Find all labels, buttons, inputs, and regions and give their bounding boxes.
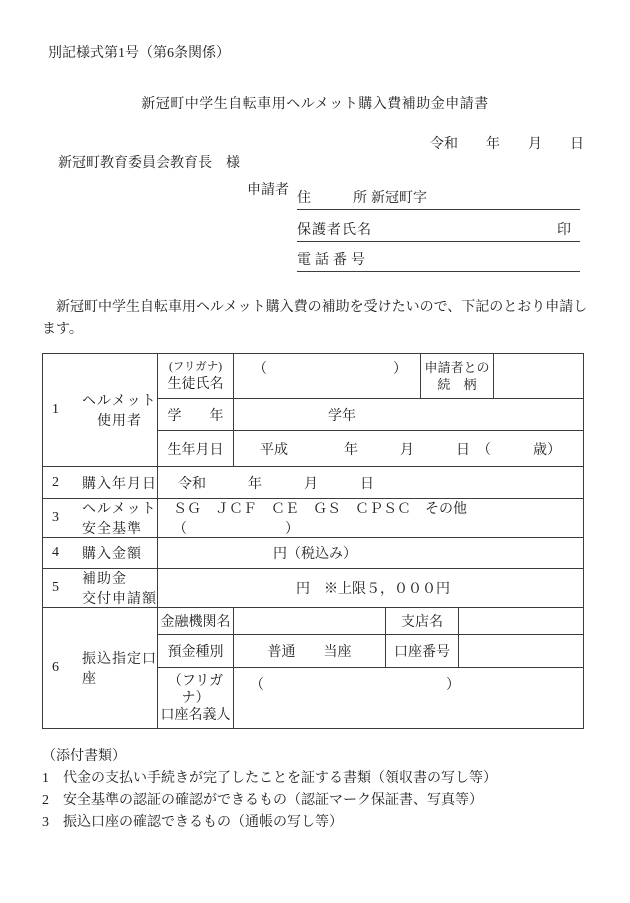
- attachment-item: 2 安全基準の認証の確認ができるもの（認証マーク保証書、写真等）: [42, 790, 497, 812]
- account-holder-furigana-label: （フリガナ）: [158, 673, 233, 707]
- deposit-type-options: 普通 当座: [268, 641, 352, 661]
- row5-number: 5: [52, 580, 82, 596]
- row1-number: 1: [52, 402, 82, 418]
- birthdate-value-cell: 平成 年 月 日 （ 歳）: [234, 431, 584, 467]
- student-name-field: （ ）: [234, 354, 421, 399]
- safety-standards-value: ＳＧ ＪＣＦ ＣＥ ＧＳ ＣＰＳＣ その他（ ）: [173, 499, 583, 538]
- account-number-label-cell: 口座番号: [386, 635, 459, 668]
- address-field: 住 所新冠町字: [297, 185, 580, 210]
- relation-label: 申請者との 続 柄: [424, 359, 489, 393]
- subsidy-amount-value-cell: 円 ※上限５，０００円: [158, 569, 584, 608]
- attachment-item: 1 代金の支払い手続きが完了したことを証する書類（領収書の写し等）: [42, 768, 497, 790]
- account-number-label: 口座番号: [394, 641, 450, 661]
- intro-paragraph: 新冠町中学生自転車用ヘルメット購入費の補助を受けたいので、下記のとおり申請します…: [42, 297, 590, 341]
- application-form-page: 別記様式第1号（第6条関係） 新冠町中学生自転車用ヘルメット購入費補助金申請書 …: [0, 0, 630, 903]
- account-holder-label-cell: （フリガナ） 口座名義人: [158, 668, 234, 729]
- relation-value-cell: [494, 354, 584, 399]
- grade-value-cell: 学年: [234, 399, 584, 431]
- guardian-label: 保護者氏名: [297, 219, 372, 239]
- row3-number: 3: [52, 510, 82, 526]
- student-name-label-cell: (フリガナ) 生徒氏名: [158, 354, 234, 399]
- applicant-label: 申請者: [247, 179, 289, 199]
- application-table: 1ヘルメット 使用者 (フリガナ) 生徒氏名 （ ） 申請者との 続 柄 学 年…: [42, 353, 584, 729]
- purchase-amount-value-cell: 円（税込み）: [158, 538, 584, 569]
- guardian-name-field: 保護者氏名 印: [297, 217, 580, 242]
- bank-name-label: 金融機関名: [161, 611, 231, 631]
- grade-label-cell: 学 年: [158, 399, 234, 431]
- row3-label: ヘルメット 安全基準: [82, 499, 157, 538]
- relation-label-cell: 申請者との 続 柄: [421, 354, 494, 399]
- purchase-date-value: 令和 年 月 日: [178, 473, 374, 493]
- row6-number: 6: [52, 660, 82, 676]
- account-holder-parentheses: （ ）: [250, 674, 460, 694]
- attachment-item: 3 振込口座の確認できるもの（通帳の写し等）: [42, 812, 497, 834]
- purchase-date-value-cell: 令和 年 月 日: [158, 467, 584, 499]
- row1-label-cell: 1ヘルメット 使用者: [43, 354, 158, 467]
- row6-label: 振込指定口座: [82, 648, 157, 688]
- row1-label: ヘルメット 使用者: [82, 390, 157, 430]
- furigana-parentheses: （ ）: [253, 358, 407, 378]
- address-label: 住 所: [297, 187, 367, 207]
- branch-name-value-cell: [459, 608, 584, 635]
- branch-name-label: 支店名: [401, 611, 443, 631]
- seal-mark: 印: [557, 219, 571, 239]
- row4-label: 購入金額: [82, 543, 142, 563]
- account-holder-field: （ ）: [234, 668, 584, 729]
- row5-label-cell: 5補助金 交付申請額: [43, 569, 158, 608]
- deposit-type-label: 預金種別: [168, 641, 224, 661]
- row3-label-cell: 3ヘルメット 安全基準: [43, 499, 158, 538]
- subsidy-amount-value: 円 ※上限５，０００円: [296, 578, 450, 598]
- phone-label: 電話番号: [297, 249, 369, 269]
- attachments-heading: （添付書類）: [42, 746, 497, 768]
- row4-number: 4: [52, 545, 82, 561]
- date-line: 令和 年 月 日: [430, 133, 584, 153]
- form-number: 別記様式第1号（第6条関係）: [48, 42, 230, 62]
- deposit-type-label-cell: 預金種別: [158, 635, 234, 668]
- purchase-amount-value: 円（税込み）: [273, 543, 357, 563]
- grade-value: 学年: [328, 405, 356, 425]
- branch-name-label-cell: 支店名: [386, 608, 459, 635]
- account-number-value-cell: [459, 635, 584, 668]
- phone-field: 電話番号: [297, 247, 580, 272]
- account-holder-label: 口座名義人: [161, 707, 231, 724]
- student-name-label: 生徒氏名: [168, 376, 224, 393]
- birthdate-value: 平成 年 月 日 （ 歳）: [260, 439, 561, 459]
- bank-name-value-cell: [234, 608, 386, 635]
- attachments-section: （添付書類） 1 代金の支払い手続きが完了したことを証する書類（領収書の写し等）…: [42, 746, 497, 834]
- row2-label-cell: 2購入年月日: [43, 467, 158, 499]
- bank-name-label-cell: 金融機関名: [158, 608, 234, 635]
- row4-label-cell: 4購入金額: [43, 538, 158, 569]
- row6-label-cell: 6振込指定口座: [43, 608, 158, 729]
- addressee: 新冠町教育委員会教育長 様: [58, 152, 240, 172]
- form-title: 新冠町中学生自転車用ヘルメット購入費補助金申請書: [0, 93, 630, 113]
- grade-label: 学 年: [168, 405, 224, 425]
- birthdate-label-cell: 生年月日: [158, 431, 234, 467]
- row2-label: 購入年月日: [82, 473, 157, 493]
- row5-label: 補助金 交付申請額: [82, 569, 157, 608]
- safety-standards-value-cell: ＳＧ ＪＣＦ ＣＥ ＧＳ ＣＰＳＣ その他（ ）: [158, 499, 584, 538]
- address-value: 新冠町字: [371, 187, 427, 207]
- row2-number: 2: [52, 475, 82, 491]
- furigana-label: (フリガナ): [169, 359, 222, 376]
- deposit-type-options-cell: 普通 当座: [234, 635, 386, 668]
- birthdate-label: 生年月日: [168, 439, 224, 459]
